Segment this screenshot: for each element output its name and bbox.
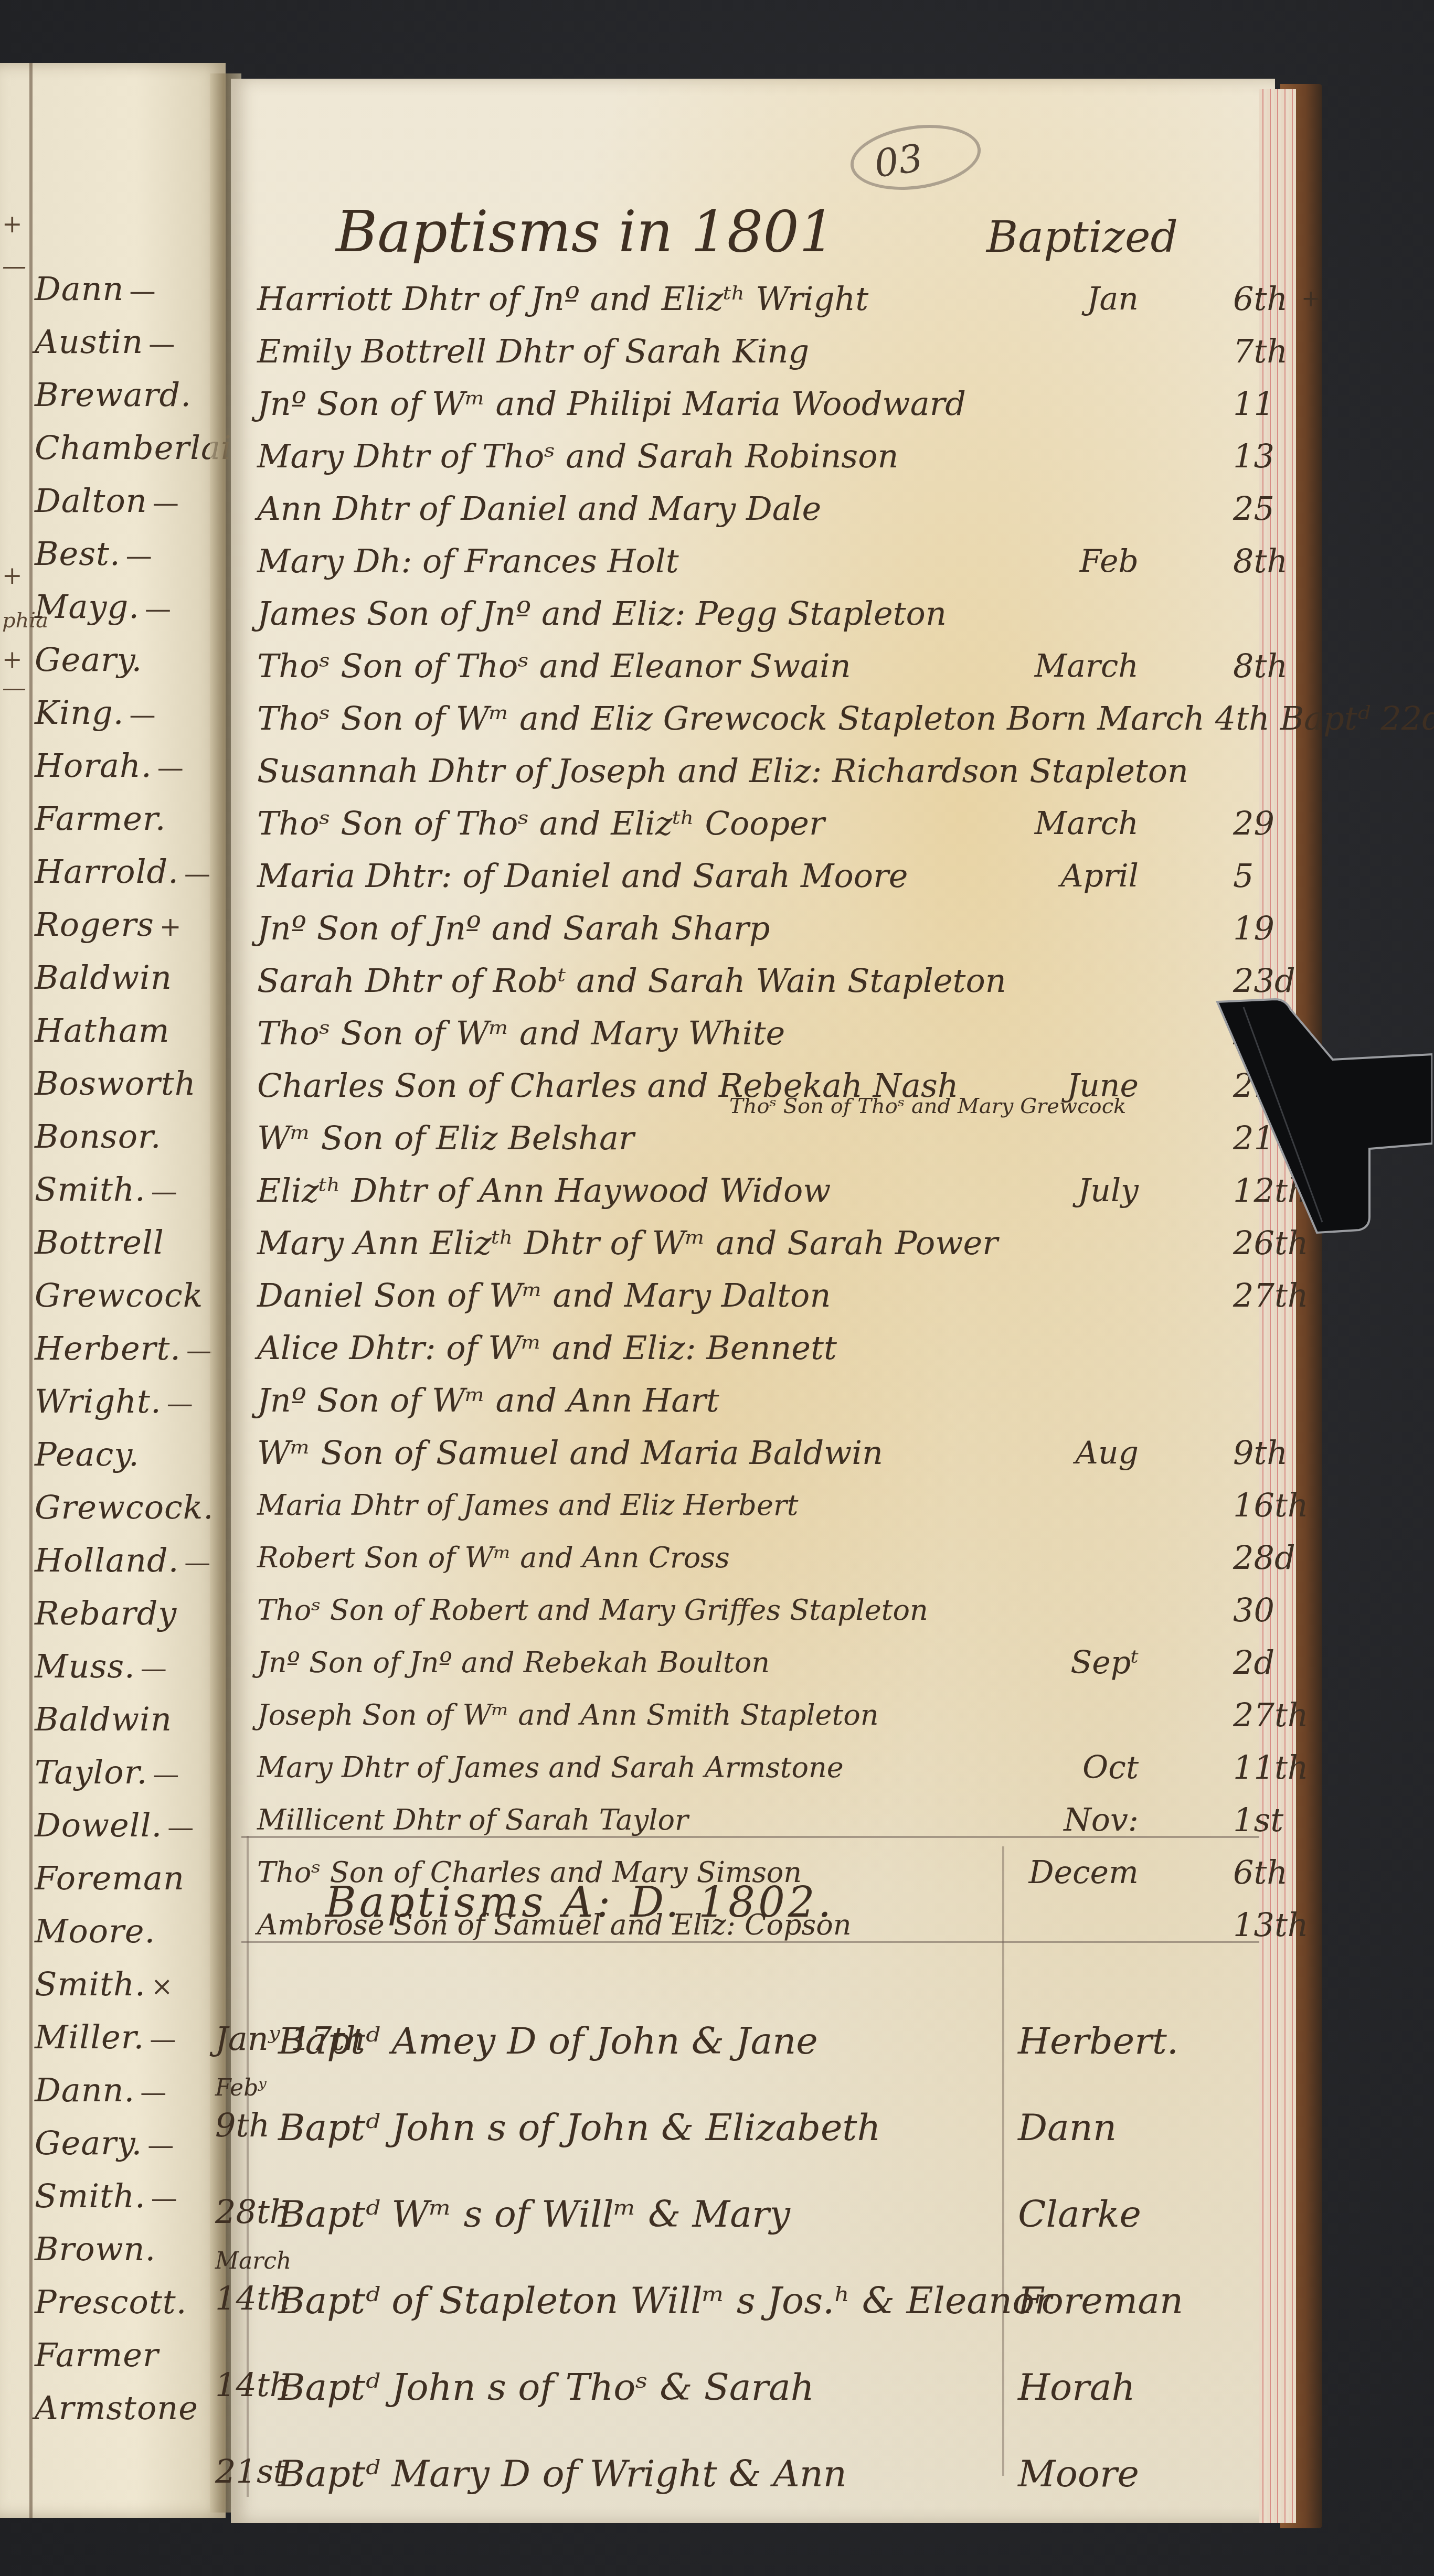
surname-entry: Smith.— xyxy=(35,1163,224,1216)
baptism-entry-1802: 28thBaptᵈ Wᵐ s of Willᵐ & MaryClarke xyxy=(215,2182,1265,2269)
baptism-entry: Jnº Son of Wᵐ and Ann Hart xyxy=(257,1374,1202,1427)
baptism-entry: Jnº Son of Jnº and Sarah Sharp19 xyxy=(257,902,1202,955)
entry-text: Elizᵗʰ Dhtr of Ann Haywood Widow xyxy=(257,1164,831,1217)
surname-entry: Herbert.— xyxy=(35,1322,224,1375)
entry-text: Mary Dh: of Frances Holt xyxy=(257,535,679,587)
entry-month: Oct xyxy=(1023,1741,1139,1794)
entry-text: Mary Ann Elizᵗʰ Dhtr of Wᵐ and Sarah Pow… xyxy=(257,1217,998,1269)
entry-month: July xyxy=(1023,1164,1139,1217)
surname-text: Armstone xyxy=(35,2389,198,2427)
entry-text: Mary Dhtr of James and Sarah Armstone xyxy=(257,1741,844,1794)
surname-entry: Peacy. xyxy=(35,1428,224,1481)
baptism-entry: Daniel Son of Wᵐ and Mary Dalton27th xyxy=(257,1269,1202,1322)
surname-entry: Dann.— xyxy=(35,2064,224,2117)
entry-text: Baptᵈ Amey D of John & Jane xyxy=(278,2019,818,2062)
surname-text: Grewcock xyxy=(35,1276,203,1314)
surname-entry: Armstone xyxy=(35,2381,224,2434)
surname-entry: Dalton— xyxy=(35,474,224,527)
surname-mark: — xyxy=(140,2077,167,2108)
entry-day: 8th xyxy=(1233,535,1288,587)
entry-day: 6th xyxy=(1233,1846,1288,1899)
surname-text: Peacy. xyxy=(35,1435,140,1473)
entry-surname: Herbert. xyxy=(1018,2019,1178,2062)
baptism-entry: Thoˢ Son of Thoˢ and Eleanor SwainMarch8… xyxy=(257,640,1202,692)
surname-text: Baldwin xyxy=(35,958,172,997)
surname-entry: Bottrell xyxy=(35,1216,224,1269)
baptism-entry: Susannah Dhtr of Joseph and Eliz: Richar… xyxy=(257,745,1202,797)
baptism-entry: Emily Bottrell Dhtr of Sarah King7th xyxy=(257,325,1202,378)
baptism-entries-1801: Harriott Dhtr of Jnº and Elizᵗʰ WrightJa… xyxy=(257,273,1202,1951)
entry-surname: Foreman xyxy=(1018,2279,1183,2322)
entry-text: Maria Dhtr of James and Eliz Herbert xyxy=(257,1479,798,1532)
entry-text: Baptᵈ John s of John & Elizabeth xyxy=(278,2106,881,2149)
baptism-entry: James Son of Jnº and Eliz: Pegg Stapleto… xyxy=(257,587,1202,640)
surname-text: Bonsor. xyxy=(35,1117,162,1156)
entry-date: 9th xyxy=(215,2106,270,2144)
surname-text: Miller. xyxy=(35,2018,144,2056)
surname-entry: Bosworth xyxy=(35,1057,224,1110)
baptism-entry: Maria Dhtr of James and Eliz Herbert16th xyxy=(257,1479,1202,1532)
surname-text: Smith. xyxy=(35,1965,146,2003)
entry-month: March xyxy=(1023,640,1139,692)
surname-entry: Rogers+ xyxy=(35,898,224,951)
surname-text: Breward. xyxy=(35,376,192,414)
baptism-entry: Thoˢ Son of Thoˢ and Elizᵗʰ CooperMarch2… xyxy=(257,797,1202,850)
surname-entry: King.— xyxy=(35,686,224,739)
surname-entry: Austin— xyxy=(35,315,224,368)
surname-text: Best. xyxy=(35,535,121,573)
entry-day: 6th xyxy=(1233,273,1288,325)
baptism-entry: Thoˢ Son of Wᵐ and Eliz Grewcock Staplet… xyxy=(257,692,1202,745)
surname-mark: — xyxy=(145,594,172,624)
surname-mark: — xyxy=(148,329,175,359)
surname-entry: Grewcock xyxy=(35,1269,224,1322)
surname-mark: — xyxy=(129,700,156,730)
surname-entry: Geary.— xyxy=(35,2117,224,2169)
surname-text: Hatham xyxy=(35,1011,170,1050)
surname-text: Bottrell xyxy=(35,1223,164,1262)
surname-entry: Farmer. xyxy=(35,792,224,845)
entry-day: 13th xyxy=(1233,1899,1309,1951)
surname-entry: Prescott. xyxy=(35,2275,224,2328)
entry-text: Baptᵈ Wᵐ s of Willᵐ & Mary xyxy=(278,2193,790,2236)
entry-day: 19 xyxy=(1233,902,1274,955)
baptism-entry: Joseph Son of Wᵐ and Ann Smith Stapleton… xyxy=(257,1689,1202,1741)
entry-text: Wᵐ Son of Samuel and Maria Baldwin xyxy=(257,1427,883,1479)
surname-text: Harrold. xyxy=(35,852,179,891)
surname-text: Wright. xyxy=(35,1382,162,1420)
entry-month-note: Febʸ xyxy=(215,2075,267,2101)
entry-mark: + xyxy=(1301,273,1321,325)
entry-text: Jnº Son of Wᵐ and Ann Hart xyxy=(257,1374,719,1427)
entry-day: 28d xyxy=(1233,1532,1295,1584)
entry-day: 8th xyxy=(1233,640,1288,692)
surname-text: Brown. xyxy=(35,2230,156,2268)
surname-text: Moore. xyxy=(35,1912,155,1950)
surname-entry: Taylor.— xyxy=(35,1746,224,1799)
surname-text: Farmer. xyxy=(35,799,166,838)
entry-text: Ann Dhtr of Daniel and Mary Dale xyxy=(257,483,821,535)
surname-text: Horah. xyxy=(35,746,152,785)
left-margin-rule xyxy=(29,63,33,2518)
surname-mark: — xyxy=(141,1653,167,1684)
entry-day: 16th xyxy=(1233,1479,1309,1532)
baptism-entry: Mary Ann Elizᵗʰ Dhtr of Wᵐ and Sarah Pow… xyxy=(257,1217,1202,1269)
entry-month: Decem xyxy=(1023,1846,1139,1899)
surname-text: Muss. xyxy=(35,1647,135,1685)
surname-entry: Foreman xyxy=(35,1852,224,1905)
folio-number-text: 03 xyxy=(872,136,925,186)
entry-month: Jan xyxy=(1023,273,1139,325)
surname-entry: Mayg.— xyxy=(35,580,224,633)
surname-mark: — xyxy=(184,859,211,889)
entry-text: Thoˢ Son of Wᵐ and Mary White xyxy=(257,1007,785,1060)
entry-text: Thoˢ Son of Thoˢ and Eleanor Swain xyxy=(257,640,851,692)
baptism-entry: Wᵐ Son of Eliz Belshar21Thoˢ Son of Thoˢ… xyxy=(257,1112,1202,1164)
entry-day: 5 xyxy=(1233,850,1254,902)
entry-text: Baptᵈ Mary D of Wright & Ann xyxy=(278,2452,847,2495)
entry-text: Maria Dhtr: of Daniel and Sarah Moore xyxy=(257,850,908,902)
surname-text: Smith. xyxy=(35,2177,146,2215)
surname-entry: Wright.— xyxy=(35,1375,224,1428)
entry-month: Sepᵗ xyxy=(1023,1637,1139,1689)
surname-mark: — xyxy=(147,2130,174,2161)
entry-text: Mary Dhtr of Thoˢ and Sarah Robinson xyxy=(257,430,898,483)
entry-text: Baptᵈ of Stapleton Willᵐ s Jos.ʰ & Elean… xyxy=(278,2279,1052,2322)
surname-entry: Rebardy xyxy=(35,1587,224,1640)
surname-mark: — xyxy=(151,1177,178,1207)
surname-text: Mayg. xyxy=(35,587,140,626)
page-clip xyxy=(1212,970,1432,1442)
entry-day: 7th xyxy=(1233,325,1288,378)
baptism-entry: Robert Son of Wᵐ and Ann Cross28d xyxy=(257,1532,1202,1584)
baptism-entry: Alice Dhtr: of Wᵐ and Eliz: Bennett xyxy=(257,1322,1202,1374)
entry-day: 25 xyxy=(1233,483,1274,535)
table-rule-top xyxy=(241,1836,1259,1838)
entry-text: James Son of Jnº and Eliz: Pegg Stapleto… xyxy=(257,587,947,640)
surname-text: Rebardy xyxy=(35,1594,177,1632)
surname-text: Dann xyxy=(35,270,124,308)
surname-mark: × xyxy=(151,1971,174,2002)
entry-text: Millicent Dhtr of Sarah Taylor xyxy=(257,1794,688,1846)
surname-entry: Grewcock. xyxy=(35,1481,224,1534)
entry-text: Thoˢ Son of Thoˢ and Elizᵗʰ Cooper xyxy=(257,797,825,850)
surname-mark: — xyxy=(153,488,179,518)
surname-text: Baldwin xyxy=(35,1700,172,1738)
surname-text: Farmer xyxy=(35,2336,159,2374)
surname-entry: Baldwin xyxy=(35,951,224,1004)
surname-entry: Smith.× xyxy=(35,1958,224,2011)
surname-text: Taylor. xyxy=(35,1753,147,1791)
baptism-entry-1802: Janʸ 17thBaptᵈ Amey D of John & JaneHerb… xyxy=(215,2009,1265,2096)
baptism-entry: Thoˢ Son of Robert and Mary Griffes Stap… xyxy=(257,1584,1202,1637)
surname-mark: — xyxy=(130,276,156,306)
entry-day: 30 xyxy=(1233,1584,1274,1637)
surname-entry: Brown. xyxy=(35,2222,224,2275)
entry-day: 1st xyxy=(1233,1794,1283,1846)
baptism-entry-1802: March14thBaptᵈ of Stapleton Willᵐ s Jos.… xyxy=(215,2269,1265,2355)
baptism-entry: Wᵐ Son of Samuel and Maria BaldwinAug9th xyxy=(257,1427,1202,1479)
entry-text: Sarah Dhtr of Robᵗ and Sarah Wain Staple… xyxy=(257,955,1006,1007)
entry-date: 21st xyxy=(215,2452,286,2491)
entry-text: Harriott Dhtr of Jnº and Elizᵗʰ Wright xyxy=(257,273,868,325)
left-page: + — + +— phia Dann—Austin—Breward.Chambe… xyxy=(0,63,226,2518)
surname-entry: Baldwin xyxy=(35,1693,224,1746)
surname-entry: Farmer xyxy=(35,2328,224,2381)
entry-day: 29 xyxy=(1233,797,1274,850)
surname-entry: Hatham xyxy=(35,1004,224,1057)
entry-surname: Clarke xyxy=(1018,2193,1141,2236)
baptism-entry: Ann Dhtr of Daniel and Mary Dale25 xyxy=(257,483,1202,535)
section-title-1801: Baptisms in 1801 xyxy=(336,199,835,265)
surname-text: King. xyxy=(35,693,124,732)
margin-mark: + xyxy=(2,561,23,590)
entry-text: Susannah Dhtr of Joseph and Eliz: Richar… xyxy=(257,745,1188,797)
entry-day: 13 xyxy=(1233,430,1274,483)
entry-day: 2d xyxy=(1233,1637,1274,1689)
surname-entry: Breward. xyxy=(35,368,224,421)
surname-entry: Dann— xyxy=(35,262,224,315)
clip-icon xyxy=(1212,970,1432,1442)
surname-mark: — xyxy=(153,1759,179,1790)
entry-text: Jnº Son of Wᵐ and Philipi Maria Woodward xyxy=(257,378,966,430)
entry-surname: Moore xyxy=(1018,2452,1139,2495)
entry-day: 27th xyxy=(1233,1689,1309,1741)
table-rule-header xyxy=(241,1941,1259,1943)
surname-text: Prescott. xyxy=(35,2283,187,2321)
surname-mark: — xyxy=(151,2183,178,2214)
surname-entry: Geary. xyxy=(35,633,224,686)
surname-mark: — xyxy=(167,1812,194,1843)
entry-day: 11 xyxy=(1233,378,1274,430)
baptism-entry: Harriott Dhtr of Jnº and Elizᵗʰ WrightJa… xyxy=(257,273,1202,325)
surname-entry: Muss.— xyxy=(35,1640,224,1693)
surname-column: Dann—Austin—Breward.ChamberlainDalton—Be… xyxy=(35,262,224,2434)
surname-entry: Smith.— xyxy=(35,2169,224,2222)
column-header-baptized: Baptized xyxy=(986,212,1178,262)
entry-text: Jnº Son of Jnº and Sarah Sharp xyxy=(257,902,770,955)
baptism-entry: Maria Dhtr: of Daniel and Sarah MooreApr… xyxy=(257,850,1202,902)
surname-entry: Holland.— xyxy=(35,1534,224,1587)
section-title-1802: Baptisms A: D. 1802. xyxy=(325,1878,834,1927)
entry-month: April xyxy=(1023,850,1139,902)
surname-entry: Harrold.— xyxy=(35,845,224,898)
surname-text: Dowell. xyxy=(35,1806,162,1844)
entry-month: Feb xyxy=(1023,535,1139,587)
surname-mark: — xyxy=(184,1547,211,1578)
surname-text: Holland. xyxy=(35,1541,179,1579)
surname-entry: Dowell.— xyxy=(35,1799,224,1852)
surname-entry: Chamberlain xyxy=(35,421,224,474)
baptism-entries-1802: Janʸ 17thBaptᵈ Amey D of John & JaneHerb… xyxy=(215,2009,1265,2528)
baptism-entry: Sarah Dhtr of Robᵗ and Sarah Wain Staple… xyxy=(257,955,1202,1007)
surname-mark: — xyxy=(157,753,184,783)
entry-text: Alice Dhtr: of Wᵐ and Eliz: Bennett xyxy=(257,1322,837,1374)
baptism-entry: Jnº Son of Jnº and Rebekah BoultonSepᵗ2d xyxy=(257,1637,1202,1689)
entry-text: Robert Son of Wᵐ and Ann Cross xyxy=(257,1532,730,1584)
surname-mark: — xyxy=(126,541,153,571)
baptism-entry: Elizᵗʰ Dhtr of Ann Haywood WidowJuly12th xyxy=(257,1164,1202,1217)
surname-text: Foreman xyxy=(35,1859,185,1897)
entry-month-note: March xyxy=(215,2248,291,2274)
entry-text: Thoˢ Son of Wᵐ and Eliz Grewcock Staplet… xyxy=(257,692,1434,745)
baptism-entry-1802: 21stBaptᵈ Mary D of Wright & AnnMoore xyxy=(215,2442,1265,2528)
entry-text: Baptᵈ John s of Thoˢ & Sarah xyxy=(278,2366,814,2409)
surname-text: Grewcock. xyxy=(35,1488,214,1526)
baptism-entry: Mary Dhtr of Thoˢ and Sarah Robinson13 xyxy=(257,430,1202,483)
interlined-entry: Thoˢ Son of Thoˢ and Mary Grewcock xyxy=(729,1094,1126,1118)
entry-text: Thoˢ Son of Robert and Mary Griffes Stap… xyxy=(257,1584,928,1637)
baptism-entry: Jnº Son of Wᵐ and Philipi Maria Woodward… xyxy=(257,378,1202,430)
surname-mark: — xyxy=(186,1335,213,1366)
margin-mark: — xyxy=(2,252,26,280)
entry-text: Daniel Son of Wᵐ and Mary Dalton xyxy=(257,1269,831,1322)
surname-text: Dalton xyxy=(35,482,147,520)
surname-entry: Best.— xyxy=(35,527,224,580)
surname-entry: Horah.— xyxy=(35,739,224,792)
surname-text: Geary. xyxy=(35,2124,142,2162)
entry-month: Aug xyxy=(1023,1427,1139,1479)
surname-text: Rogers xyxy=(35,905,154,944)
entry-text: Wᵐ Son of Eliz Belshar xyxy=(257,1112,634,1164)
baptism-entry: Mary Dhtr of James and Sarah ArmstoneOct… xyxy=(257,1741,1202,1794)
baptism-entry-1802: Febʸ9thBaptᵈ John s of John & ElizabethD… xyxy=(215,2096,1265,2182)
entry-month: Nov: xyxy=(1023,1794,1139,1846)
surname-mark: — xyxy=(150,2024,176,2055)
entry-day: 11th xyxy=(1233,1741,1309,1794)
baptism-entry: Millicent Dhtr of Sarah TaylorNov:1st xyxy=(257,1794,1202,1846)
entry-text: Emily Bottrell Dhtr of Sarah King xyxy=(257,325,809,378)
surname-text: Bosworth xyxy=(35,1064,196,1103)
entry-text: Jnº Son of Jnº and Rebekah Boulton xyxy=(257,1637,770,1689)
surname-entry: Bonsor. xyxy=(35,1110,224,1163)
surname-entry: Miller.— xyxy=(35,2011,224,2064)
entry-surname: Dann xyxy=(1018,2106,1117,2149)
baptism-entry-1802: 14thBaptᵈ John s of Thoˢ & SarahHorah xyxy=(215,2355,1265,2442)
surname-text: Geary. xyxy=(35,640,142,679)
surname-text: Herbert. xyxy=(35,1329,181,1367)
surname-text: Austin xyxy=(35,323,143,361)
margin-mark: + xyxy=(2,210,23,238)
surname-mark: — xyxy=(167,1388,194,1419)
left-margin-marks: + — + +— phia xyxy=(0,63,29,2518)
entry-text: Joseph Son of Wᵐ and Ann Smith Stapleton xyxy=(257,1689,878,1741)
baptism-entry: Mary Dh: of Frances HoltFeb8th xyxy=(257,535,1202,587)
surname-text: Dann. xyxy=(35,2071,135,2109)
entry-month: March xyxy=(1023,797,1139,850)
margin-mark: +— xyxy=(2,645,29,702)
baptism-entry: Thoˢ Son of Wᵐ and Mary White26th xyxy=(257,1007,1202,1060)
entry-surname: Horah xyxy=(1018,2366,1135,2409)
surname-text: Smith. xyxy=(35,1170,146,1209)
surname-entry: Moore. xyxy=(35,1905,224,1958)
surname-mark: + xyxy=(160,912,182,942)
